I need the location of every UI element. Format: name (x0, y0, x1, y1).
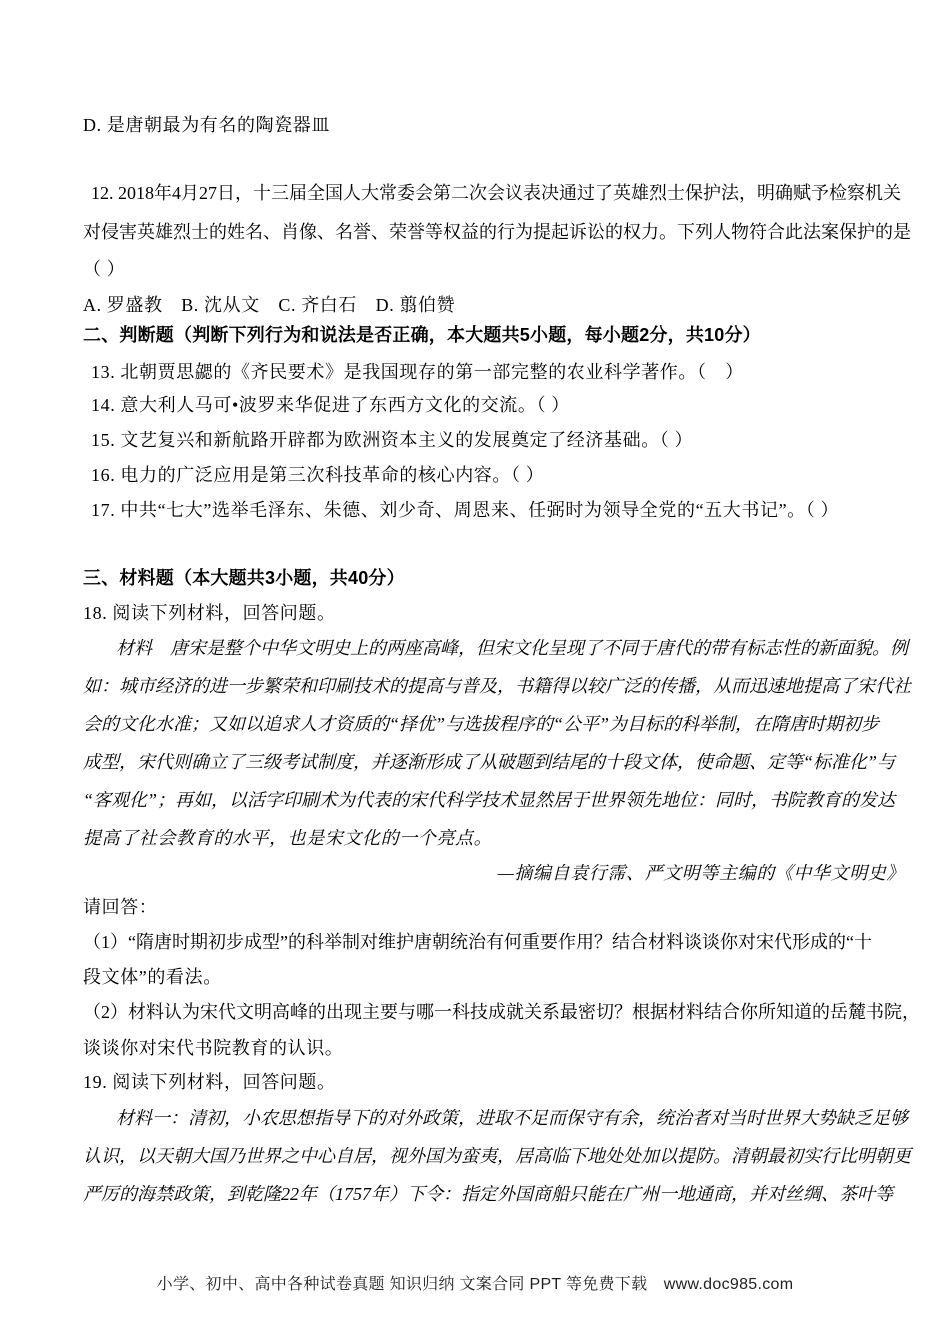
page-footer-watermark: 小学、初中、高中各种试卷真题 知识归纳 文案合同 PPT 等免费下载 www.d… (0, 1272, 950, 1298)
section-2-heading: 二、判断题（判断下列行为和说法是否正确，本大题共5小题，每小题2分，共10分） (83, 322, 867, 348)
q19-material-line-3: 严厉的海禁政策，到乾隆22年（1757年）下令：指定外国商船只能在广州一地通商，… (83, 1181, 867, 1207)
q18-material-line-1: 材料 唐宋是整个中华文明史上的两座高峰，但宋文化呈现了不同于唐代的带有标志性的新… (83, 635, 867, 661)
question-12-options-line: A. 罗盛教 B. 沈从文 C. 齐白石 D. 翦伯赞 (83, 292, 867, 318)
q18-material-line-6: 提高了社会教育的水平，也是宋文化的一个亮点。 (83, 825, 867, 851)
option-d-line: D. 是唐朝最为有名的陶瓷器皿 (83, 112, 867, 138)
q18-material-line-2: 如：城市经济的进一步繁荣和印刷技术的提高与普及，书籍得以较广泛的传播，从而迅速地… (83, 673, 867, 699)
q19-material-line-1: 材料一：清初，小农思想指导下的对外政策，进取不足而保守有余，统治者对当时世界大势… (83, 1105, 867, 1131)
q18-answer-prompt: 请回答： (83, 894, 867, 920)
q18-sub-question-2-line-2: 谈谈你对宋代书院教育的认识。 (83, 1035, 867, 1061)
question-12-stem-line-2: 对侵害英雄烈士的姓名、肖像、名誉、荣誉等权益的行为提起诉讼的权力。下列人物符合此… (83, 219, 867, 245)
section-3-heading: 三、材料题（本大题共3小题，共40分） (83, 565, 867, 591)
judgment-question-17: 17. 中共“七大”选举毛泽东、朱德、刘少奇、周恩来、任弼时为领导全党的“五大书… (83, 497, 867, 523)
question-12-stem-line-1: 12. 2018年4月27日，十三届全国人大常委会第二次会议表决通过了英雄烈士保… (83, 180, 867, 206)
question-12-answer-brackets: （ ） (83, 256, 867, 282)
q18-sub-question-1-line-1: （1）“隋唐时期初步成型”的科举制对维护唐朝统治有何重要作用？结合材料谈谈你对宋… (83, 929, 867, 955)
judgment-question-15: 15. 文艺复兴和新航路开辟都为欧洲资本主义的发展奠定了经济基础。（ ） (83, 427, 867, 453)
q19-material-line-2: 认识，以天朝大国乃世界之中心自居，视外国为蛮夷，居高临下地处处加以提防。清朝最初… (83, 1143, 867, 1169)
judgment-question-16: 16. 电力的广泛应用是第三次科技革命的核心内容。（ ） (83, 462, 867, 488)
q18-material-line-4: 成型，宋代则确立了三级考试制度，并逐渐形成了从破题到结尾的十段文体，使命题、定等… (83, 749, 867, 775)
judgment-question-14: 14. 意大利人马可•波罗来华促进了东西方文化的交流。（ ） (83, 392, 867, 418)
judgment-question-13: 13. 北朝贾思勰的《齐民要术》是我国现存的第一部完整的农业科学著作。（ ） (83, 359, 867, 385)
q18-sub-question-1-line-2: 段文体”的看法。 (83, 964, 867, 990)
question-18-intro: 18. 阅读下列材料，回答问题。 (83, 600, 867, 626)
q18-sub-question-2-line-1: （2）材料认为宋代文明高峰的出现主要与哪一科技成就关系最密切？根据材料结合你所知… (83, 999, 867, 1025)
q18-material-line-5: “客观化”；再如，以活字印刷术为代表的宋代科学技术显然居于世界领先地位：同时，书… (83, 787, 867, 813)
exam-paper-page: D. 是唐朝最为有名的陶瓷器皿 12. 2018年4月27日，十三届全国人大常委… (0, 0, 950, 1344)
q18-material-line-3: 会的文化水准；又如以追求人才资质的“择优”与选拔程序的“公平”为目标的科举制，在… (83, 711, 867, 737)
q18-material-source: —摘编自袁行霈、严文明等主编的《中华文明史》 (83, 860, 905, 886)
question-19-intro: 19. 阅读下列材料，回答问题。 (83, 1069, 867, 1095)
